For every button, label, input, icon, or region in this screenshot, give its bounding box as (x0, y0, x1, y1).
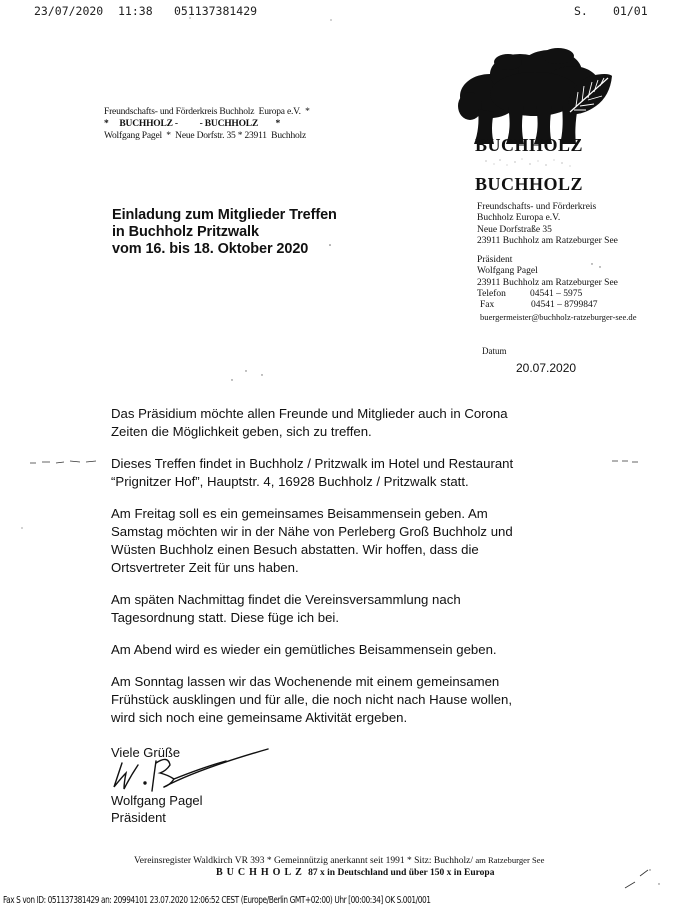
body-paragraph: Am Freitag soll es ein gemeinsames Beisa… (111, 505, 581, 578)
body-paragraph: Dieses Treffen findet in Buchholz / Prit… (111, 455, 581, 491)
fax-page-number: 01/01 (613, 4, 648, 18)
letter-title: Einladung zum Mitglieder Treffen in Buch… (112, 207, 337, 258)
fax-sender-number: 051137381429 (174, 4, 257, 18)
fax-transmission-footer: Fax S von ID: 051137381429 an: 20994101 … (3, 895, 431, 906)
signatory: Wolfgang Pagel Präsident (111, 792, 203, 826)
letterhead-info: Freundschafts- und Förderkreis Buchholz … (477, 202, 637, 323)
date-label: Datum (482, 346, 507, 356)
email-link[interactable]: buergermeister@buchholz-ratzeburger-see.… (477, 312, 637, 323)
president-role: Präsident (477, 255, 637, 266)
body-paragraph: Das Präsidium möchte allen Freunde und M… (111, 405, 581, 441)
scan-noise (480, 157, 580, 169)
signatory-name: Wolfgang Pagel (111, 792, 203, 809)
org-line: Freundschafts- und Förderkreis (477, 202, 637, 213)
date-value: 20.07.2020 (516, 361, 576, 375)
sender-line-3: Wolfgang Pagel * Neue Dorfstr. 35 * 2391… (104, 130, 310, 142)
sender-line-2: * BUCHHOLZ - - BUCHHOLZ * (104, 118, 310, 130)
fax-page-label: S. (574, 4, 588, 18)
org-line: Buchholz Europa e.V. (477, 213, 637, 224)
footer-registry-line: Vereinsregister Waldkirch VR 393 * Gemei… (134, 855, 544, 866)
signatory-role: Präsident (111, 809, 203, 826)
president-name: Wolfgang Pagel (477, 266, 637, 277)
sender-return-address: Freundschafts- und Förderkreis Buchholz … (104, 106, 310, 142)
fax-header: 23/07/2020 11:38 051137381429 S. 01/01 (0, 4, 680, 20)
fax-row: Fax04541 – 8799847 (477, 300, 637, 311)
sender-line-1: Freundschafts- und Förderkreis Buchholz … (104, 106, 310, 118)
fax-date: 23/07/2020 (34, 4, 103, 18)
body-paragraph: Am späten Nachmittag findet die Vereinsv… (111, 591, 581, 627)
title-line-3: vom 16. bis 18. Oktober 2020 (112, 241, 337, 258)
org-line: Neue Dorfstraße 35 (477, 225, 637, 236)
fax-number: 04541 – 8799847 (531, 300, 598, 310)
president-address: 23911 Buchholz am Ratzeburger See (477, 278, 637, 289)
body-paragraph: Am Abend wird es wieder ein gemütliches … (111, 641, 581, 659)
title-line-2: in Buchholz Pritzwalk (112, 224, 337, 241)
body-paragraph: Am Sonntag lassen wir das Wochenende mit… (111, 673, 581, 728)
org-line: 23911 Buchholz am Ratzeburger See (477, 236, 637, 247)
logo-wordmark-top: BUCHHOLZ (475, 135, 583, 156)
letter-body: Das Präsidium möchte allen Freunde und M… (111, 405, 581, 741)
title-line-1: Einladung zum Mitglieder Treffen (112, 207, 337, 224)
phone-row: Telefon04541 – 5975 (477, 289, 637, 300)
logo-wordmark-bottom: BUCHHOLZ (475, 174, 583, 195)
footer-buchholz-line: BUCHHOLZ 87 x in Deutschland und über 15… (216, 867, 494, 878)
phone-number: 04541 – 5975 (530, 289, 582, 299)
fax-time: 11:38 (118, 4, 153, 18)
handwritten-signature-icon (108, 745, 273, 795)
